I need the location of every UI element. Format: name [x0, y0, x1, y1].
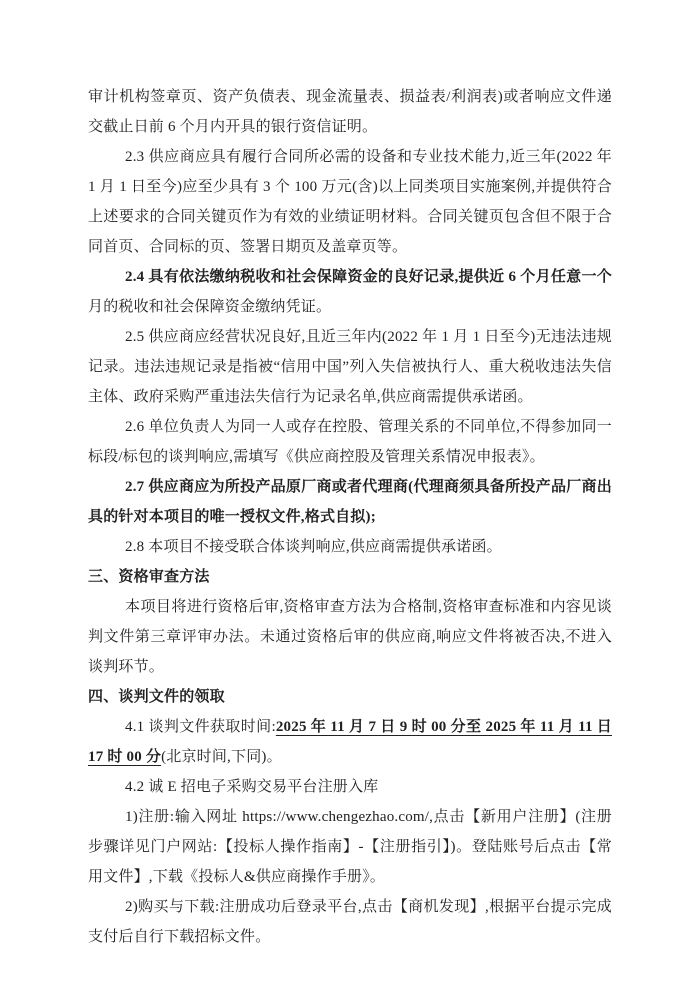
para-clause-2-3: 2.3 供应商应具有履行合同所必需的设备和专业技术能力,近三年(2022 年 1…	[88, 142, 612, 262]
heading-section-4: 四、谈判文件的领取	[88, 682, 612, 712]
text-run: 2.5 供应商应经营状况良好,且近三年内(2022 年 1 月 1 日至今)无违…	[88, 329, 612, 405]
text-run: 2.8 本项目不接受联合体谈判响应,供应商需提供承诺函。	[125, 539, 502, 555]
para-clause-4-2-step-1: 1)注册:输入网址 https://www.chengezhao.com/,点击…	[88, 802, 612, 892]
para-clause-2-4: 2.4 具有依法缴纳税收和社会保障资金的良好记录,提供近 6 个月任意一个月的税…	[88, 262, 612, 322]
para-clause-4-2-step-2: 2)购买与下载:注册成功后登录平台,点击【商机发现】,根据平台提示完成支付后自行…	[88, 892, 612, 952]
text-run: 三、资格审查方法	[88, 569, 210, 585]
text-run: 月的税收和社会保障资金缴纳凭证。	[88, 299, 331, 315]
text-run: 2.6 单位负责人为同一人或存在控股、管理关系的不同单位,不得参加同一标段/标包…	[88, 419, 612, 465]
para-clause-2-6: 2.6 单位负责人为同一人或存在控股、管理关系的不同单位,不得参加同一标段/标包…	[88, 412, 612, 472]
para-section-3-body: 本项目将进行资格后审,资格审查方法为合格制,资格审查标准和内容见谈判文件第三章评…	[88, 592, 612, 682]
para-clause-2-7: 2.7 供应商应为所投产品原厂商或者代理商(代理商须具备所投产品厂商出具的针对本…	[88, 472, 612, 532]
text-run: 1)注册:输入网址 https://www.chengezhao.com/,点击…	[88, 809, 612, 885]
para-continued-from-previous-page: 审计机构签章页、资产负债表、现金流量表、损益表/利润表)或者响应文件递交截止日前…	[88, 82, 612, 142]
document-page: 审计机构签章页、资产负债表、现金流量表、损益表/利润表)或者响应文件递交截止日前…	[0, 0, 700, 990]
text-run: 四、谈判文件的领取	[88, 689, 225, 705]
para-clause-4-2: 4.2 诚 E 招电子采购交易平台注册入库	[88, 772, 612, 802]
para-clause-2-5: 2.5 供应商应经营状况良好,且近三年内(2022 年 1 月 1 日至今)无违…	[88, 322, 612, 412]
text-run: 审计机构签章页、资产负债表、现金流量表、损益表/利润表)或者响应文件递交截止日前…	[88, 89, 612, 135]
text-run: 本项目将进行资格后审,资格审查方法为合格制,资格审查标准和内容见谈判文件第三章评…	[88, 599, 612, 675]
document-body: 审计机构签章页、资产负债表、现金流量表、损益表/利润表)或者响应文件递交截止日前…	[88, 82, 612, 952]
text-run: 2.4 具有依法缴纳税收和社会保障资金的良好记录,提供近 6 个月任意一个	[125, 269, 612, 285]
text-run: 4.2 诚 E 招电子采购交易平台注册入库	[125, 779, 378, 795]
text-run: (北京时间,下同)。	[161, 749, 282, 765]
text-run: 2.3 供应商应具有履行合同所必需的设备和专业技术能力,近三年(2022 年 1…	[88, 149, 612, 255]
text-run: 2.7 供应商应为所投产品原厂商或者代理商(代理商须具备所投产品厂商出具的针对本…	[88, 479, 612, 525]
para-clause-2-8: 2.8 本项目不接受联合体谈判响应,供应商需提供承诺函。	[88, 532, 612, 562]
para-clause-4-1: 4.1 谈判文件获取时间:2025 年 11 月 7 日 9 时 00 分至 2…	[88, 712, 612, 772]
text-run: 4.1 谈判文件获取时间:	[125, 719, 276, 735]
text-run: 2)购买与下载:注册成功后登录平台,点击【商机发现】,根据平台提示完成支付后自行…	[88, 899, 612, 945]
heading-section-3: 三、资格审查方法	[88, 562, 612, 592]
